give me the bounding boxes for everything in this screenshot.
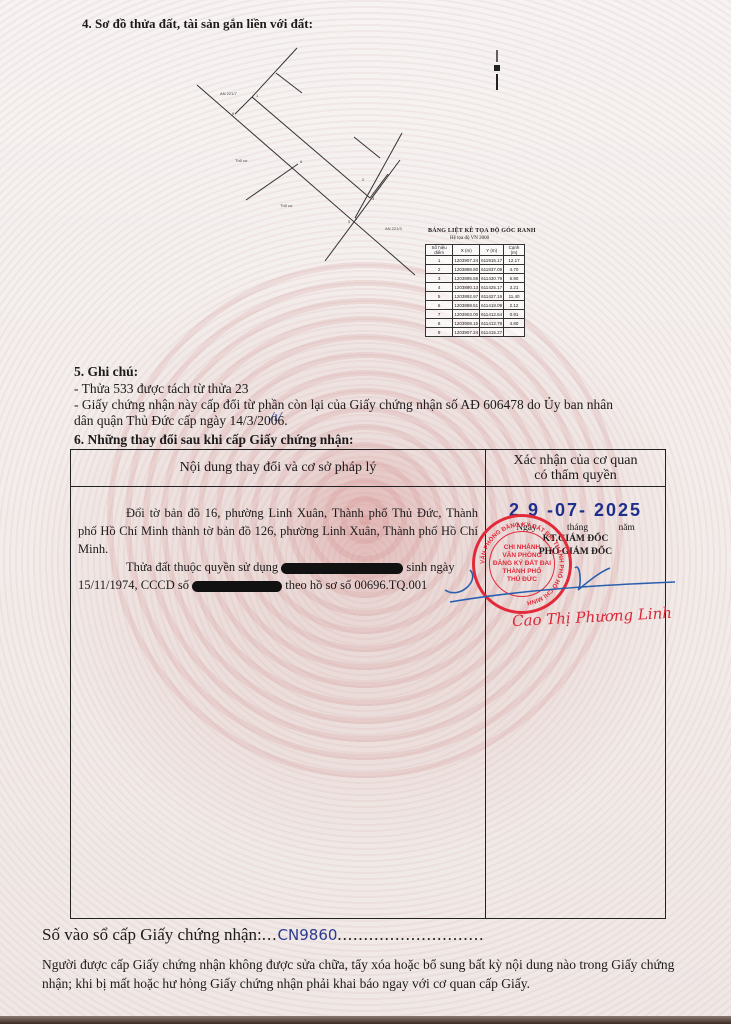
coord-cell [504, 328, 525, 337]
coord-row: 91203907.24611415.27 [426, 328, 525, 337]
coord-cell: 4.70 [504, 265, 525, 274]
id-prefix: 15/11/1974, CCCD số [78, 578, 189, 592]
svg-text:1: 1 [256, 93, 259, 98]
coord-row: 31203895.59611430.796.90 [426, 274, 525, 283]
svg-text:AN 221/3: AN 221/3 [385, 226, 402, 231]
coord-cell: 4 [426, 283, 453, 292]
svg-text:Thổ cư: Thổ cư [235, 158, 248, 163]
coord-cell: 1203895.59 [453, 274, 480, 283]
coord-cell: 4.80 [504, 319, 525, 328]
coord-cell: 2.12 [504, 301, 525, 310]
date-label-year: năm [618, 523, 634, 533]
svg-text:AN 221/7: AN 221/7 [220, 91, 237, 96]
coord-row: 11203907.24611915.1712.17 [426, 256, 525, 265]
section-5-heading: 5. Ghi chú: [74, 364, 138, 380]
coord-cell: 611837.09 [480, 265, 504, 274]
redacted-id-number [192, 581, 282, 592]
owner-line: Thửa đất thuộc quyền sử dụng sinh ngày [78, 558, 478, 576]
registry-line: Số vào sổ cấp Giấy chứng nhận:...CN9860.… [42, 925, 484, 945]
section-6-heading: 6. Những thay đổi sau khi cấp Giấy chứng… [74, 432, 354, 448]
coord-cell: 1203898.80 [453, 265, 480, 274]
coord-cell: 1203892.97 [453, 292, 480, 301]
note-line-2: - Giấy chứng nhận này cấp đổi từ phần cò… [74, 396, 613, 413]
change-entry-text: Đổi tờ bản đồ 16, phường Linh Xuân, Thàn… [72, 488, 484, 594]
map-change-text: Đổi tờ bản đồ 16, phường Linh Xuân, Thàn… [78, 504, 478, 558]
id-line: 15/11/1974, CCCD số theo hồ sơ số 00696.… [78, 576, 478, 594]
coord-header-x: X (m) [453, 245, 480, 256]
coord-cell: 1203907.24 [453, 256, 480, 265]
coord-cell: 3.21 [504, 283, 525, 292]
coord-cell: 11.40 [504, 292, 525, 301]
coord-row: 81203908.15611412.794.80 [426, 319, 525, 328]
coord-cell: 611915.17 [480, 256, 504, 265]
confirm-header-line-1: Xác nhận của cơ quan [487, 453, 664, 468]
coord-cell: 1 [426, 256, 453, 265]
coord-cell: 611430.79 [480, 274, 504, 283]
coord-cell: 611412.79 [480, 319, 504, 328]
coord-cell: 1203890.13 [453, 283, 480, 292]
coord-cell: 8 [426, 319, 453, 328]
coord-cell: 5 [426, 292, 453, 301]
land-parcel-diagram: AN 221/7 AN 221/3 Thổ cư Thổ cư 8 1 6 2 … [180, 40, 440, 285]
svg-text:8: 8 [232, 111, 235, 116]
svg-text:5: 5 [348, 219, 351, 224]
coord-cell: 12.17 [504, 256, 525, 265]
coord-cell: 1203903.00 [453, 310, 480, 319]
handwritten-signature [440, 560, 680, 610]
coord-table-title: BẢNG LIỆT KÊ TỌA ĐỘ GÓC RANH [428, 228, 536, 234]
change-content-cell: Đổi tờ bản đồ 16, phường Linh Xuân, Thàn… [71, 487, 486, 919]
warning-text: Người được cấp Giấy chứng nhận không đượ… [42, 955, 682, 993]
coord-cell: 611415.27 [480, 328, 504, 337]
coord-row: 41203890.13611425.173.21 [426, 283, 525, 292]
coord-header-edge: Cạnh (m) [504, 245, 525, 256]
coord-cell: 0.91 [504, 310, 525, 319]
coord-cell: 611425.17 [480, 283, 504, 292]
certificate-page: 4. Sơ đồ thửa đất, tài sản gắn liền với … [0, 0, 731, 1024]
content-column-header: Nội dung thay đổi và cơ sở pháp lý [71, 450, 486, 487]
coord-cell: 611427.19 [480, 292, 504, 301]
coord-table-subtitle: Hệ tọa độ VN 2000 [450, 236, 489, 241]
initials-mark: /ı/ [270, 410, 282, 426]
coord-cell: 1203898.51 [453, 301, 480, 310]
date-label-month: tháng [567, 523, 588, 533]
coord-cell: 9 [426, 328, 453, 337]
redacted-owner-name [281, 563, 403, 574]
svg-text:2: 2 [362, 177, 365, 182]
coord-row: 21203898.80611837.094.70 [426, 265, 525, 274]
confirm-column-header: Xác nhận của cơ quan có thẩm quyền [486, 450, 666, 487]
seal-center-line: VĂN PHÒNG [502, 552, 541, 560]
note-line-1: - Thửa 533 được tách từ thửa 23 [74, 380, 249, 397]
registry-number: CN9860 [278, 926, 338, 944]
registry-label: Số vào sổ cấp Giấy chứng nhận: [42, 925, 262, 944]
coord-header-point: Số hiệu điểm [426, 245, 453, 256]
coord-cell: 1203907.24 [453, 328, 480, 337]
coord-row: 61203898.51611418.092.12 [426, 301, 525, 310]
coord-cell: 1203908.15 [453, 319, 480, 328]
coord-cell: 2 [426, 265, 453, 274]
file-number: theo hồ sơ số 00696.TQ.001 [285, 578, 427, 592]
coord-cell: 3 [426, 274, 453, 283]
photo-bottom-edge [0, 1016, 731, 1024]
coord-cell: 611412.64 [480, 310, 504, 319]
svg-text:3: 3 [372, 196, 375, 201]
note-line-3: dân quận Thủ Đức cấp ngày 14/3/2006. [74, 412, 288, 429]
coord-row: 71203903.00611412.640.91 [426, 310, 525, 319]
coord-header-y: Y (m) [480, 245, 504, 256]
coord-cell: 611418.09 [480, 301, 504, 310]
changes-table: Nội dung thay đổi và cơ sở pháp lý Xác n… [70, 449, 666, 919]
coord-cell: 7 [426, 310, 453, 319]
coord-row: 51203892.97611427.1911.40 [426, 292, 525, 301]
coord-cell: 6 [426, 301, 453, 310]
section-4-heading: 4. Sơ đồ thửa đất, tài sản gắn liền với … [82, 16, 313, 32]
owner-prefix: Thửa đất thuộc quyền sử dụng [126, 560, 278, 574]
coord-cell: 6.90 [504, 274, 525, 283]
svg-text:Thổ cư: Thổ cư [280, 203, 293, 208]
coordinate-table: Số hiệu điểm X (m) Y (m) Cạnh (m) 112039… [425, 244, 525, 337]
north-arrow-icon [492, 50, 502, 90]
confirm-header-line-2: có thẩm quyền [487, 468, 664, 483]
svg-text:6: 6 [300, 159, 303, 164]
seal-center-line: CHI NHÁNH [504, 544, 540, 552]
